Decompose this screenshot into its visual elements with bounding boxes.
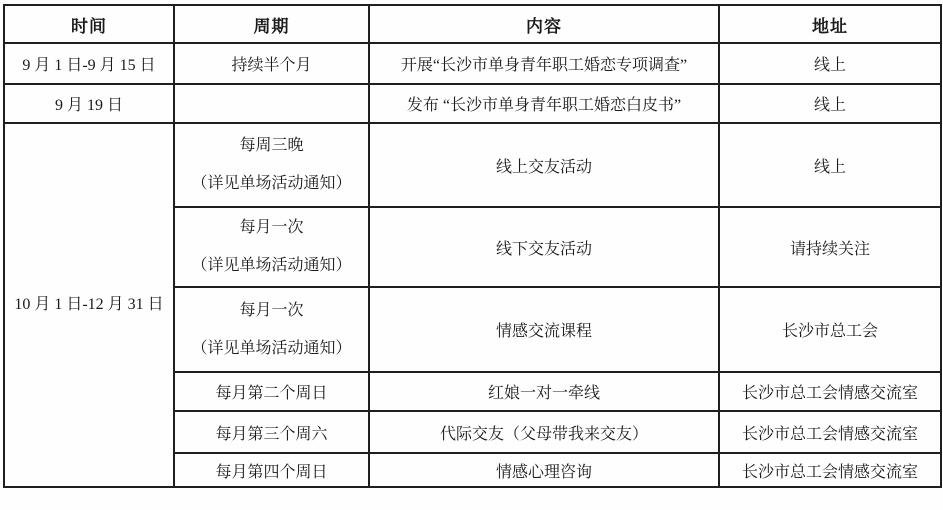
cell-period: 持续半个月 (174, 43, 369, 84)
page: 时间 周期 内容 地址 9 月 1 日-9 月 15 日 持续半个月 开展“长沙… (0, 0, 943, 510)
cell-period: 每月第二个周日 (174, 372, 369, 411)
cell-content: 情感心理咨询 (369, 453, 719, 487)
cell-period: 每月第三个周六 (174, 411, 369, 453)
header-row: 时间 周期 内容 地址 (4, 5, 941, 43)
cell-address: 长沙市总工会情感交流室 (719, 411, 941, 453)
cell-address: 线上 (719, 123, 941, 207)
period-line: （详见单场活动通知） (179, 165, 364, 203)
schedule-table: 时间 周期 内容 地址 9 月 1 日-9 月 15 日 持续半个月 开展“长沙… (3, 4, 942, 488)
table-row: 9 月 1 日-9 月 15 日 持续半个月 开展“长沙市单身青年职工婚恋专项调… (4, 43, 941, 84)
period-line: 每月一次 (179, 292, 364, 330)
period-line: 每月一次 (179, 209, 364, 247)
cell-time: 9 月 1 日-9 月 15 日 (4, 43, 174, 84)
cell-address: 长沙市总工会情感交流室 (719, 453, 941, 487)
cell-content: 代际交友（父母带我来交友） (369, 411, 719, 453)
table-row: 10 月 1 日-12 月 31 日 每周三晚 （详见单场活动通知） 线上交友活… (4, 123, 941, 207)
cell-content: 线上交友活动 (369, 123, 719, 207)
cell-time: 9 月 19 日 (4, 84, 174, 123)
cell-content: 发布 “长沙市单身青年职工婚恋白皮书” (369, 84, 719, 123)
cell-period (174, 84, 369, 123)
cell-address: 长沙市总工会情感交流室 (719, 372, 941, 411)
period-line: 每周三晚 (179, 127, 364, 165)
cell-address: 线上 (719, 84, 941, 123)
cell-period: 每周三晚 （详见单场活动通知） (174, 123, 369, 207)
cell-period: 每月一次 （详见单场活动通知） (174, 287, 369, 372)
cell-address: 线上 (719, 43, 941, 84)
cell-content: 红娘一对一牵线 (369, 372, 719, 411)
cell-address: 请持续关注 (719, 207, 941, 287)
cell-period: 每月第四个周日 (174, 453, 369, 487)
cell-address: 长沙市总工会 (719, 287, 941, 372)
cell-content: 开展“长沙市单身青年职工婚恋专项调查” (369, 43, 719, 84)
cell-time-merged: 10 月 1 日-12 月 31 日 (4, 123, 174, 487)
period-line: （详见单场活动通知） (179, 247, 364, 285)
cell-period: 每月一次 （详见单场活动通知） (174, 207, 369, 287)
table-row: 9 月 19 日 发布 “长沙市单身青年职工婚恋白皮书” 线上 (4, 84, 941, 123)
cell-content: 线下交友活动 (369, 207, 719, 287)
column-header-content: 内容 (369, 5, 719, 43)
column-header-time: 时间 (4, 5, 174, 43)
column-header-period: 周期 (174, 5, 369, 43)
cell-content: 情感交流课程 (369, 287, 719, 372)
column-header-address: 地址 (719, 5, 941, 43)
period-line: （详见单场活动通知） (179, 330, 364, 368)
